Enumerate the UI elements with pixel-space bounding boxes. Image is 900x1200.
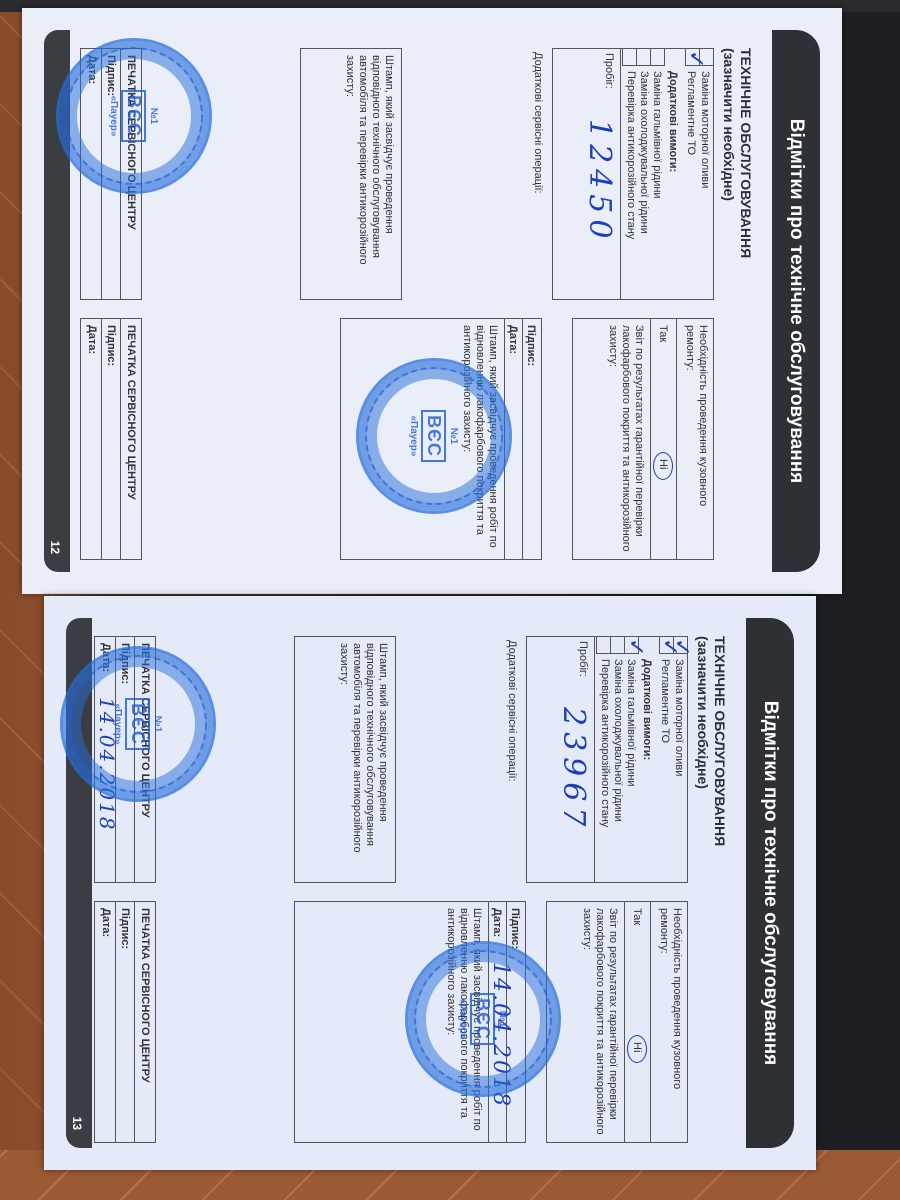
stamp-note-text: Штамп, який засвідчує проведення відпові… xyxy=(337,643,389,875)
checklist-label: Регламентне ТО xyxy=(658,659,671,743)
checkmark-icon: ✓ xyxy=(685,50,705,68)
checkbox-coolant[interactable] xyxy=(610,636,625,654)
date-label: Дата: xyxy=(85,325,98,354)
section-title-line1: ТЕХНІЧНЕ ОБСЛУГОВУВАННЯ xyxy=(737,48,754,258)
service-center-stamp: №1 ВЄС «Пауер» xyxy=(60,646,216,802)
page-number: 12 xyxy=(48,541,62,554)
option-yes[interactable]: Так xyxy=(630,908,643,925)
body-repair-label: Необхідність проведення кузовного ремонт… xyxy=(683,325,709,545)
body-repair-label: Необхідність проведення кузовного ремонт… xyxy=(657,908,683,1128)
signature-label: Підпис: xyxy=(508,908,521,949)
stamp-note-box-left: Штамп, який засвідчує проведення відпові… xyxy=(294,636,396,883)
signature-label: Підпис: xyxy=(104,325,117,366)
checkmark-icon: ✓ xyxy=(625,638,645,656)
service-center-stamp: №1 ВЄС «Пауер» xyxy=(356,358,512,514)
stamp-note-box-left: Штамп, який засвідчує проведення відпові… xyxy=(300,48,402,300)
page-header-title: Відмітки про технічне обслуговування xyxy=(759,701,781,1066)
page-header-band: Відмітки про технічне обслуговування xyxy=(746,618,794,1148)
mileage-label: Пробіг: xyxy=(602,53,615,89)
service-center-stamp: №1 ВЄС «Пауер» xyxy=(56,38,212,194)
paint-report-label: Звіт по результатах гарантійної перевірк… xyxy=(606,325,645,553)
checkbox-corrosion-check[interactable] xyxy=(596,636,611,654)
body-repair-box: Необхідність проведення кузовного ремонт… xyxy=(546,901,688,1143)
signature-label: Підпис: xyxy=(118,908,131,949)
page-header-band: Відмітки про технічне обслуговування xyxy=(772,30,820,572)
circled-answer-no xyxy=(627,1035,647,1063)
mileage-value: 12450 xyxy=(582,119,617,244)
extra-operations-label: Додаткові сервісні операції: xyxy=(531,52,544,194)
page-header-title: Відмітки про технічне обслуговування xyxy=(785,119,807,484)
section-title: ТЕХНІЧНЕ ОБСЛУГОВУВАННЯ (зазначити необх… xyxy=(694,636,728,846)
signature-label: Підпис: xyxy=(524,325,537,366)
additional-requirements-title: Додаткові вимоги: xyxy=(640,659,653,760)
mileage-value: 23967 xyxy=(556,707,591,832)
checklist-label: Заміна гальмівної рідини xyxy=(650,71,663,199)
circled-answer-no xyxy=(653,452,673,480)
checklist-label: Заміна моторної оливи xyxy=(672,659,685,776)
checklist-label: Заміна охолоджувальної рідини xyxy=(611,659,624,822)
page-number: 13 xyxy=(70,1117,84,1130)
mileage-label: Пробіг: xyxy=(576,641,589,677)
extra-operations-label: Додаткові сервісні операції: xyxy=(505,640,518,782)
maintenance-checklist-box: Заміна моторної оливи ✓ Регламентне ТО Д… xyxy=(552,48,714,300)
checklist-label: Заміна охолоджувальної рідини xyxy=(637,71,650,234)
checklist-label: Заміна моторної оливи xyxy=(698,71,711,188)
checklist-label: Заміна гальмівної рідини xyxy=(624,659,637,787)
service-center-label: ПЕЧАТКА СЕРВІСНОГО ЦЕНТРУ xyxy=(124,325,137,500)
section-title-line1: ТЕХНІЧНЕ ОБСЛУГОВУВАННЯ xyxy=(711,636,728,846)
booklet-page-13: Відмітки про технічне обслуговування 13 … xyxy=(44,596,816,1170)
booklet-page-12: Відмітки про технічне обслуговування 12 … xyxy=(22,8,842,594)
date-label: Дата: xyxy=(490,908,503,937)
maintenance-checklist-box: ✓ Заміна моторної оливи ✓ Регламентне ТО… xyxy=(526,636,688,883)
service-center-label: ПЕЧАТКА СЕРВІСНОГО ЦЕНТРУ xyxy=(138,908,151,1083)
date-label: Дата: xyxy=(506,325,519,354)
section-title: ТЕХНІЧНЕ ОБСЛУГОВУВАННЯ (зазначити необх… xyxy=(720,48,754,258)
service-center-box-right: ПЕЧАТКА СЕРВІСНОГО ЦЕНТРУ Підпис: Дата: xyxy=(80,318,142,560)
additional-requirements-title: Додаткові вимоги: xyxy=(666,71,679,172)
checkbox-coolant[interactable] xyxy=(636,48,651,66)
service-center-stamp: №1 ВЄС «Пауер» xyxy=(405,941,561,1097)
stamp-note-text: Штамп, який засвідчує проведення відпові… xyxy=(343,55,395,291)
service-center-box-right: ПЕЧАТКА СЕРВІСНОГО ЦЕНТРУ Підпис: Дата: xyxy=(94,901,156,1143)
checklist-label: Перевірка антикорозійного стану xyxy=(624,71,637,239)
checkbox-brake-fluid[interactable] xyxy=(650,48,665,66)
section-title-line2: (зазначити необхідне) xyxy=(694,636,711,846)
section-title-line2: (зазначити необхідне) xyxy=(720,48,737,258)
body-repair-box: Необхідність проведення кузовного ремонт… xyxy=(572,318,714,560)
paint-report-label: Звіт по результатах гарантійної перевірк… xyxy=(580,908,619,1136)
checkbox-corrosion-check[interactable] xyxy=(622,48,637,66)
checklist-label: Перевірка антикорозійного стану xyxy=(598,659,611,827)
checkmark-icon: ✓ xyxy=(659,638,679,656)
checklist-label: Регламентне ТО xyxy=(684,71,697,155)
date-label: Дата: xyxy=(99,908,112,937)
option-yes[interactable]: Так xyxy=(656,325,669,342)
